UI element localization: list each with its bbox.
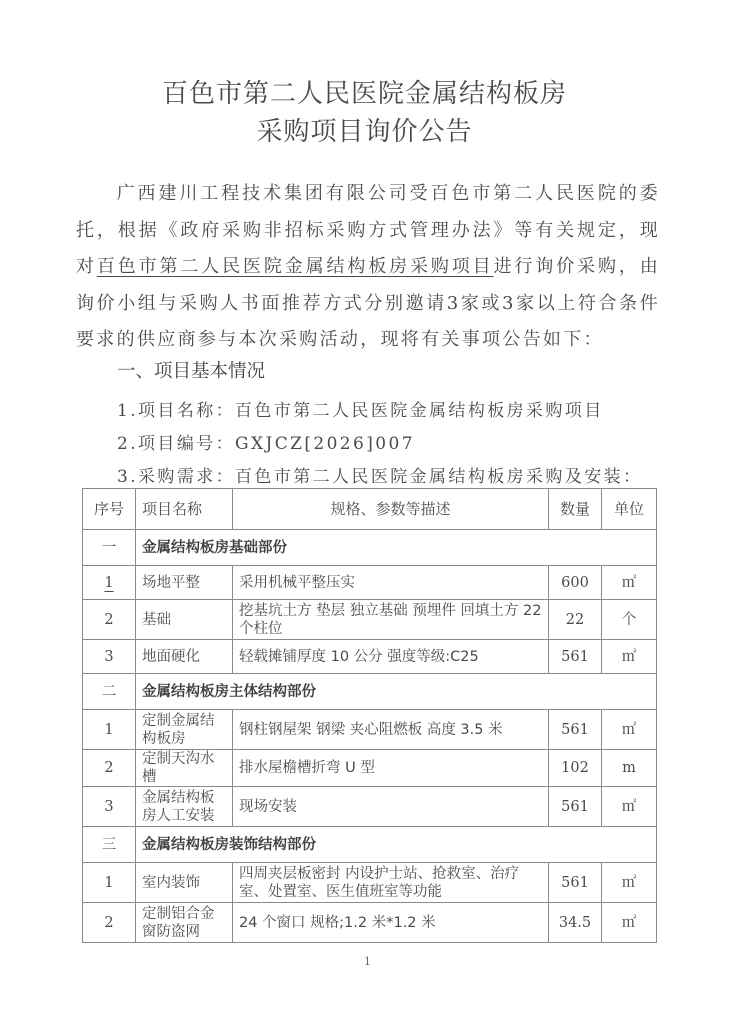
- row-unit: ㎡: [602, 640, 657, 674]
- header-unit: 单位: [602, 489, 657, 530]
- section-no: 三: [83, 827, 136, 863]
- row-desc: 现场安装: [233, 787, 549, 827]
- section-row: 三 金属结构板房装饰结构部份: [83, 827, 657, 863]
- row-unit: ㎡: [602, 710, 657, 750]
- table-row: 1 室内装饰 四周夹层板密封 内设护士站、抢救室、治疗室、处置室、医生值班室等功…: [83, 863, 657, 903]
- row-desc: 排水屋檐槽折弯 U 型: [233, 750, 549, 787]
- row-name: 场地平整: [136, 566, 233, 600]
- row-unit: ㎡: [602, 863, 657, 903]
- row-qty: 600: [549, 566, 602, 600]
- row-no: 1: [83, 863, 136, 903]
- row-qty: 561: [549, 640, 602, 674]
- row-unit: ㎡: [602, 566, 657, 600]
- row-name: 室内装饰: [136, 863, 233, 903]
- table-row: 2 基础 挖基坑土方 垫层 独立基础 预埋件 回填土方 22 个柱位 22 个: [83, 600, 657, 640]
- table-row: 3 金属结构板房人工安装 现场安装 561 ㎡: [83, 787, 657, 827]
- row-no: 2: [83, 600, 136, 640]
- row-name: 定制铝合金窗防盗网: [136, 903, 233, 943]
- row-desc: 钢柱钢屋架 钢梁 夹心阻燃板 高度 3.5 米: [233, 710, 549, 750]
- row-qty: 561: [549, 710, 602, 750]
- item-project-name: 1.项目名称：百色市第二人民医院金属结构板房采购项目: [117, 396, 604, 421]
- header-qty: 数量: [549, 489, 602, 530]
- section-title: 金属结构板房基础部份: [136, 530, 657, 566]
- section-title: 金属结构板房主体结构部份: [136, 674, 657, 710]
- section-heading: 一、项目基本情况: [117, 357, 265, 383]
- row-no: 3: [83, 787, 136, 827]
- project-name-underlined: 百色市第二人民医院金属结构板房采购项目: [97, 256, 494, 277]
- row-qty: 22: [549, 600, 602, 640]
- header-name: 项目名称: [136, 489, 233, 530]
- row-no: 2: [83, 750, 136, 787]
- document-title-line2: 采购项目询价公告: [0, 111, 729, 148]
- row-name: 基础: [136, 600, 233, 640]
- table-row: 2 定制天沟水槽 排水屋檐槽折弯 U 型 102 m: [83, 750, 657, 787]
- table-row: 1 场地平整 采用机械平整压实 600 ㎡: [83, 566, 657, 600]
- row-desc: 24 个窗口 规格;1.2 米*1.2 米: [233, 903, 549, 943]
- row-name: 定制金属结构板房: [136, 710, 233, 750]
- row-name: 定制天沟水槽: [136, 750, 233, 787]
- header-no: 序号: [83, 489, 136, 530]
- section-row: 二 金属结构板房主体结构部份: [83, 674, 657, 710]
- row-no: 3: [83, 640, 136, 674]
- row-unit: ㎡: [602, 787, 657, 827]
- row-unit: ㎡: [602, 903, 657, 943]
- row-name: 地面硬化: [136, 640, 233, 674]
- table-row: 3 地面硬化 轻载摊铺厚度 10 公分 强度等级:C25 561 ㎡: [83, 640, 657, 674]
- section-title: 金属结构板房装饰结构部份: [136, 827, 657, 863]
- row-unit: m: [602, 750, 657, 787]
- row-qty: 102: [549, 750, 602, 787]
- section-no: 一: [83, 530, 136, 566]
- table-row: 1 定制金属结构板房 钢柱钢屋架 钢梁 夹心阻燃板 高度 3.5 米 561 ㎡: [83, 710, 657, 750]
- row-name: 金属结构板房人工安装: [136, 787, 233, 827]
- header-desc: 规格、参数等描述: [233, 489, 549, 530]
- row-desc: 采用机械平整压实: [233, 566, 549, 600]
- row-no: 1: [83, 710, 136, 750]
- item-procurement-need: 3.采购需求：百色市第二人民医院金属结构板房采购及安装：: [117, 462, 642, 487]
- document-title-line1: 百色市第二人民医院金属结构板房: [0, 73, 729, 110]
- section-row: 一 金属结构板房基础部份: [83, 530, 657, 566]
- procurement-table: 序号 项目名称 规格、参数等描述 数量 单位 一 金属结构板房基础部份 1 场地…: [82, 488, 657, 943]
- row-qty: 561: [549, 863, 602, 903]
- row-desc: 四周夹层板密封 内设护士站、抢救室、治疗室、处置室、医生值班室等功能: [233, 863, 549, 903]
- table-header-row: 序号 项目名称 规格、参数等描述 数量 单位: [83, 489, 657, 530]
- intro-paragraph: 广西建川工程技术集团有限公司受百色市第二人民医院的委托，根据《政府采购非招标采购…: [76, 176, 660, 359]
- row-desc: 挖基坑土方 垫层 独立基础 预埋件 回填土方 22 个柱位: [233, 600, 549, 640]
- page-number: 1: [364, 955, 371, 968]
- row-no: 1: [83, 566, 136, 600]
- row-unit: 个: [602, 600, 657, 640]
- row-qty: 34.5: [549, 903, 602, 943]
- row-desc: 轻载摊铺厚度 10 公分 强度等级:C25: [233, 640, 549, 674]
- section-no: 二: [83, 674, 136, 710]
- row-no: 2: [83, 903, 136, 943]
- row-qty: 561: [549, 787, 602, 827]
- item-project-code: 2.项目编号：GXJCZ[2026]007: [117, 429, 415, 454]
- table-row: 2 定制铝合金窗防盗网 24 个窗口 规格;1.2 米*1.2 米 34.5 ㎡: [83, 903, 657, 943]
